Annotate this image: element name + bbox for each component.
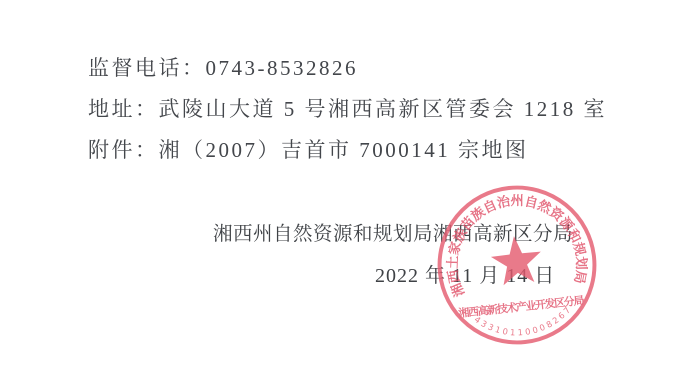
seal-code-text-wrap: 43310110008267 <box>472 304 575 342</box>
issue-date: 2022 年 11 月 14 日 <box>375 266 555 286</box>
issuer-name: 湘西州自然资源和规划局湘西高新区分局 <box>213 225 573 245</box>
document-page: 监督电话：0743-8532826 地址：武陵山大道 5 号湘西高新区管委会 1… <box>0 0 693 392</box>
supervision-phone-line: 监督电话：0743-8532826 <box>88 58 358 79</box>
attachment-line: 附件：湘（2007）吉首市 7000141 宗地图 <box>88 140 529 161</box>
seal-code-text: 43310110008267 <box>472 304 575 342</box>
address-line: 地址：武陵山大道 5 号湘西高新区管委会 1218 室 <box>88 99 607 120</box>
seal-inner-text: 湘西高新技术产业开发区分局 <box>458 293 585 320</box>
